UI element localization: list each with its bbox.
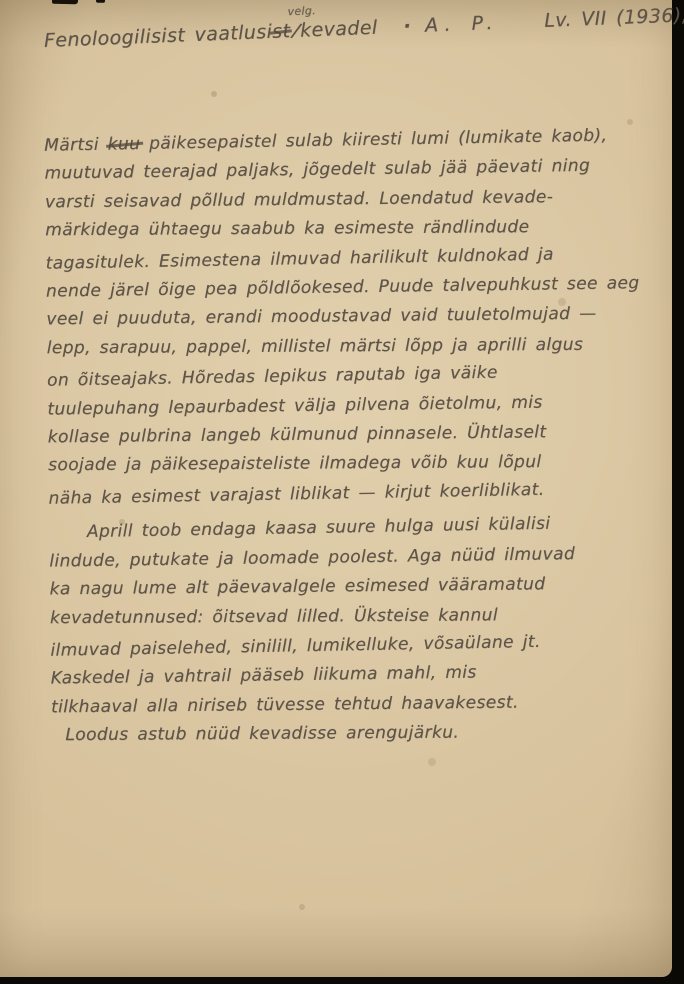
title-text: Fenoloogilisist vaatlusist <box>44 20 291 52</box>
struck-title-suffix: st <box>272 20 291 43</box>
title-continuation-word: kevadel <box>300 17 378 42</box>
manuscript-page: Fenoloogilisist vaatlusist velg./kevadel… <box>0 0 672 977</box>
source-reference: Lv. VII (1936), 38/39. <box>544 1 684 32</box>
handwritten-line: ka nagu lume alt päevavalgele esimesed v… <box>49 569 653 605</box>
title-insertion-above: velg. <box>287 4 316 18</box>
title-continuation: velg./kevadel <box>292 17 378 42</box>
title-text-main: Fenoloogilisist vaatlusi <box>44 21 273 52</box>
paragraph: Märtsi kuu päikesepaistel sulab kiiresti… <box>44 123 653 513</box>
paper-edge-tear <box>52 0 78 4</box>
struck-word: kuu <box>108 134 141 155</box>
title-separator-dot: · <box>403 15 412 37</box>
author-initials: A. P. <box>425 12 499 37</box>
handwritten-line: veel ei puuduta, erandi moodustavad vaid… <box>46 300 650 336</box>
handwritten-line: Loodus astub nüüd kevadisse arengujärku. <box>51 717 655 750</box>
title-line: Fenoloogilisist vaatlusist velg./kevadel… <box>44 5 658 52</box>
manuscript-body: Märtsi kuu päikesepaistel sulab kiiresti… <box>44 123 656 758</box>
paragraph: Aprill toob endaga kaasa suure hulga uus… <box>49 510 656 753</box>
